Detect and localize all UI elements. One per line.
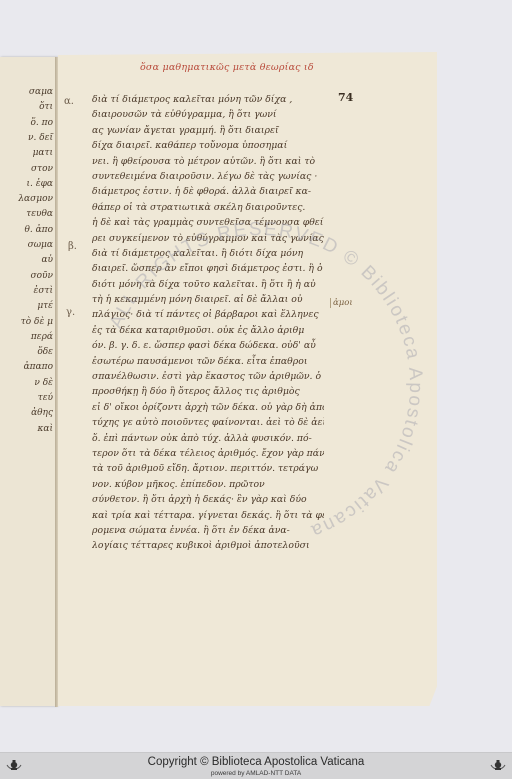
- manuscript-line: ρει συγκείμενον τὸ εὐθύγραμμον καὶ τὰς γ…: [92, 231, 324, 246]
- left-page-line-fragment: μτέ: [37, 301, 53, 311]
- margin-letter-gamma: γ.: [66, 307, 75, 318]
- manuscript-line: διὰ τί διάμετρος καλεῖται. ἢ διότι δίχα …: [92, 246, 324, 261]
- left-page-line-fragment: τεύ: [38, 393, 53, 403]
- left-page-line-fragment: σωμα: [28, 240, 53, 250]
- left-page-line-fragment: λασμον: [18, 194, 53, 204]
- manuscript-line: νον. κύβον μῆκος. ἐπίπεδον. πρῶτον: [92, 477, 324, 492]
- powered-by-text: powered by AMLAD-NTT DATA: [0, 770, 512, 777]
- left-page-line-fragment: σοῦν: [30, 271, 53, 281]
- left-page-line-fragment: ν. δεῖ: [28, 133, 53, 143]
- left-page-line-fragment: ὅτι: [39, 102, 53, 112]
- manuscript-line: σύνθετον. ἢ ὅτι ἀρχὴ ἡ δεκάς· ἓν γὰρ καὶ…: [92, 492, 324, 507]
- manuscript-line: νει. ἢ φθείρουσα τὸ μέτρον αὐτῶν. ἢ ὅτι …: [92, 154, 324, 169]
- manuscript-line: ας γωνίαν ἄγεται γραμμή. ἢ ὅτι διαιρεῖ: [92, 123, 324, 138]
- manuscript-line: ἐς τὰ δέκα καταριθμοῦσι. οὐκ ἐς ἄλλο ἀρι…: [92, 323, 324, 338]
- manuscript-line: δίχα διαιρεῖ. καθάπερ τοὔνομα ὑποσημαί: [92, 138, 324, 153]
- margin-note: ἀμοι: [330, 298, 353, 308]
- left-page-line-fragment: αὐ: [41, 255, 53, 265]
- copyright-text: Copyright © Biblioteca Apostolica Vatica…: [0, 756, 512, 768]
- manuscript-line: θάπερ οἱ τὰ στρατιωτικὰ σκέλη διαιροῦντε…: [92, 200, 324, 215]
- left-page-line-fragment: θ. ἀπο: [24, 225, 53, 235]
- left-page: σαμαὅτιὅ. πον. δεῖματιστονι. ἐφαλασμοντε…: [0, 57, 57, 706]
- left-page-line-fragment: τευθα: [26, 209, 53, 219]
- manuscript-line: ἐσωτέρω παυσάμενοι τῶν δέκα. εἶτα ἐπαθρο…: [92, 354, 324, 369]
- manuscript-line: διὰ τί διάμετρος καλεῖται μόνη τῶν δίχα …: [92, 92, 324, 107]
- manuscript-text: διὰ τί διάμετρος καλεῖται μόνη τῶν δίχα …: [92, 92, 324, 554]
- manuscript-line: πλάγιος· διὰ τί πάντες οἱ βάρβαροι καὶ ἕ…: [92, 307, 324, 322]
- manuscript-line: διότι μόνη τὰ δίχα τοῦτο καλεῖται. ἢ ὅτι…: [92, 277, 324, 292]
- left-page-line-fragment: ἐστὶ: [34, 286, 53, 296]
- left-page-line-fragment: καὶ: [37, 424, 53, 434]
- manuscript-line: σπανέλθωσιν. ἐστὶ γὰρ ἕκαστος τῶν ἀριθμῶ…: [92, 369, 324, 384]
- footer-bar: Copyright © Biblioteca Apostolica Vatica…: [0, 752, 512, 779]
- image-viewer[interactable]: σαμαὅτιὅ. πον. δεῖματιστονι. ἐφαλασμοντε…: [0, 0, 512, 752]
- manuscript-line: συντεθειμένα διαιροῦσιν. λέγω δὲ τὰς γων…: [92, 169, 324, 184]
- left-page-line-fragment: ὅδε: [37, 347, 53, 357]
- manuscript-line: τὴ ἡ κεκαμμένη μόνη διαιρεῖ. αἱ δὲ ἄλλαι…: [92, 292, 324, 307]
- manuscript-line: τὰ τοῦ ἀριθμοῦ εἴδη. ἄρτιον. περιττόν. τ…: [92, 461, 324, 476]
- manuscript-line: εἰ δ' οἴκοι ὁρίζοντι ἀρχὴ τῶν δέκα. οὐ γ…: [92, 400, 324, 415]
- left-page-line-fragment: στον: [31, 164, 53, 174]
- left-page-line-fragment: ἀθης: [31, 408, 53, 418]
- left-page-line-fragment: ν δὲ: [34, 378, 53, 388]
- manuscript-line: ἡ δὲ καὶ τὰς γραμμὰς συντεθεῖσα τέμνουσα…: [92, 215, 324, 230]
- left-page-line-fragment: σαμα: [29, 87, 53, 97]
- manuscript-line: ὅ. ἐπὶ πάντων οὐκ ἀπὸ τύχ. ἀλλὰ φυσικόν.…: [92, 431, 324, 446]
- manuscript-line: ρομενα σώματα ἐννέα. ἢ ὅτι ἐν δέκα ἀνα-: [92, 523, 324, 538]
- left-page-line-fragment: περά: [31, 332, 53, 342]
- manuscript-line: τερον ὅτι τὰ δέκα τέλειος ἀριθμός. ἔχον …: [92, 446, 324, 461]
- manuscript-line: λογίαις τέτταρες κυβικοὶ ἀριθμοὶ ἀποτελο…: [92, 538, 324, 553]
- book-gutter: [55, 57, 58, 707]
- manuscript-line: προσθήκῃ ἢ δύο ἢ ὅτερος ἄλλος τις ἀριθμὸ…: [92, 384, 324, 399]
- manuscript-line: όν. β. γ. δ. ε. ὥσπερ φασὶ δέκα δώδεκα. …: [92, 338, 324, 353]
- margin-letter-alpha: α.: [64, 96, 74, 107]
- vatican-library-seal-icon: [488, 757, 508, 777]
- manuscript-line: διαιρεῖ. ὥσπερ ἂν εἴποι φησὶ διάμετρος ἐ…: [92, 261, 324, 276]
- left-page-line-fragment: ὅ. πο: [31, 118, 53, 128]
- left-page-line-fragment: ἀπαπο: [24, 362, 53, 372]
- left-page-line-fragment: τὸ δὲ μ: [21, 317, 53, 327]
- manuscript-line: τύχης γε αὐτὸ ποιοῦντες φαίνονται. ἀεὶ τ…: [92, 415, 324, 430]
- manuscript-line: καὶ τρία καὶ τέτταρα. γίγνεται δεκάς. ἢ …: [92, 508, 324, 523]
- left-page-line-fragment: ματι: [33, 148, 53, 158]
- manuscript-line: διάμετρος ἐστιν. ἡ δὲ φθορά. ἀλλὰ διαιρε…: [92, 184, 324, 199]
- folio-number: 74: [338, 91, 353, 104]
- rubric-heading: ὅσα μαθηματικῶς μετὰ θεωρίας ιδ: [140, 62, 314, 73]
- left-page-line-fragment: ι. ἐφα: [27, 179, 53, 189]
- manuscript-line: διαιρουσῶν τὰ εὐθύγραμμα, ἢ ὅτι γωνί: [92, 107, 324, 122]
- margin-letter-beta: β.: [68, 241, 77, 252]
